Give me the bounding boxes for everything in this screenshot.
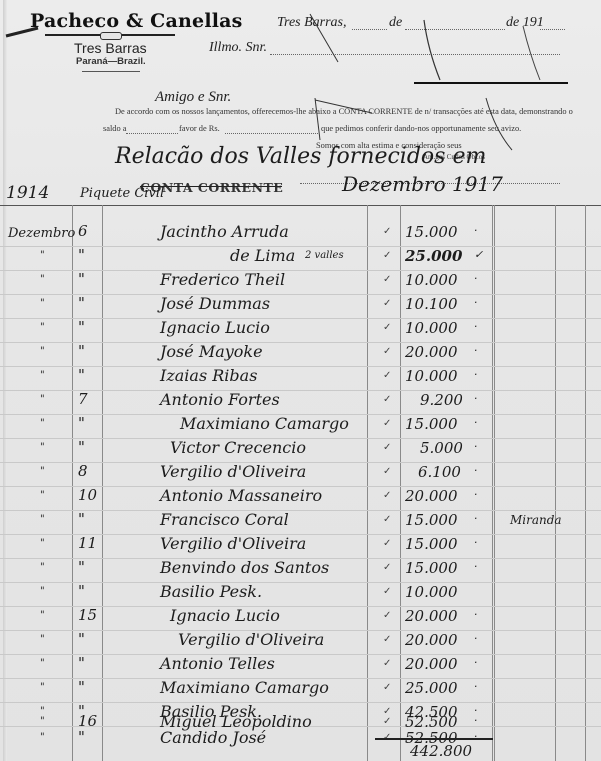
total-rule: [375, 738, 493, 740]
row-check-icon: ✓: [383, 370, 391, 381]
ledger-total: 442.800: [410, 742, 472, 760]
ledger-row: " " Francisco Coral ✓ 15.000 · Miranda: [0, 510, 601, 534]
row-day: ": [78, 510, 85, 528]
ledger-row: " " Benvindo dos Santos ✓ 15.000 ·: [0, 558, 601, 582]
row-name: Antonio Fortes: [160, 390, 280, 409]
salutation: Amigo e Snr.: [155, 89, 231, 106]
row-month: ": [40, 250, 45, 261]
row-check-icon: ✓: [383, 490, 391, 501]
ledger-row: " " Vergilio d'Oliveira ✓ 20.000 ·: [0, 630, 601, 654]
row-check-icon: ✓: [383, 634, 391, 645]
row-month: ": [40, 442, 45, 453]
row-name: Basilio Pesk.: [160, 582, 262, 601]
body-text-favor: favor de Rs.: [179, 124, 220, 133]
row-month: ": [40, 634, 45, 645]
ledger-row: " " Maximiano Camargo ✓ 25.000 ·: [0, 678, 601, 702]
row-amount: 10.000: [405, 583, 489, 601]
row-day: ": [78, 246, 85, 264]
row-day: ": [78, 342, 85, 360]
row-name: José Dummas: [160, 294, 270, 313]
row-day: ": [78, 318, 85, 336]
row-mark: ·: [474, 272, 478, 285]
row-name: Vergilio d'Oliveira: [160, 534, 306, 553]
ledger-row: " 15 Ignacio Lucio ✓ 20.000 ·: [0, 606, 601, 630]
row-name: Ignacio Lucio: [170, 606, 280, 625]
row-day: ": [78, 558, 85, 576]
ledger-row: " 10 Antonio Massaneiro ✓ 20.000 ·: [0, 486, 601, 510]
row-name: Izaias Ribas: [160, 366, 257, 385]
ledger-row: " " Victor Crecencio ✓ 5.000 ·: [0, 438, 601, 462]
row-check-icon: ✓: [383, 418, 391, 429]
row-day: ": [78, 294, 85, 312]
row-mark: ·: [474, 296, 478, 309]
row-month: ": [40, 682, 45, 693]
row-note: 2 valles: [305, 250, 344, 261]
row-amount: 6.100: [418, 463, 502, 481]
ledger-row: " 11 Vergilio d'Oliveira ✓ 15.000 ·: [0, 534, 601, 558]
row-day: 15: [78, 606, 97, 624]
row-check-icon: ✓: [383, 322, 391, 333]
row-day: 7: [78, 390, 88, 408]
handwritten-period: Dezembro 1917: [342, 172, 503, 196]
body-text-line1: De accordo com os nossos lançamentos, of…: [115, 107, 573, 116]
row-day: ": [78, 630, 85, 648]
row-month: ": [40, 322, 45, 333]
row-month: ": [40, 562, 45, 573]
row-mark: ·: [474, 608, 478, 621]
row-mark: ·: [474, 512, 478, 525]
row-mark: ·: [474, 488, 478, 501]
row-check-icon: ✓: [383, 562, 391, 573]
row-day: 6: [78, 222, 88, 240]
row-mark: ·: [474, 560, 478, 573]
row-day: 10: [78, 486, 97, 504]
row-month: ": [40, 418, 45, 429]
row-check-icon: ✓: [383, 586, 391, 597]
row-day: ": [78, 366, 85, 384]
row-day: ": [78, 728, 85, 746]
ledger-row: " " Antonio Telles ✓ 20.000 ·: [0, 654, 601, 678]
row-mark: ·: [474, 320, 478, 333]
row-check-icon: ✓: [383, 538, 391, 549]
row-month: ": [40, 610, 45, 621]
row-mark: ·: [474, 656, 478, 669]
row-name: Ignacio Lucio: [160, 318, 270, 337]
row-mark: ·: [474, 344, 478, 357]
row-mark: ·: [474, 536, 478, 549]
row-name: Maximiano Camargo: [180, 414, 349, 433]
ledger-row: " " Izaias Ribas ✓ 10.000 ·: [0, 366, 601, 390]
row-month: ": [40, 716, 45, 727]
row-month: ": [40, 274, 45, 285]
row-month: ": [40, 346, 45, 357]
row-amount: 5.000: [420, 439, 504, 457]
row-name: Francisco Coral: [160, 510, 289, 529]
body-text-line2-end: que pedimos conferir dando-nos opportuna…: [321, 124, 521, 133]
row-check-icon: ✓: [383, 514, 391, 525]
ledger-page: Pacheco & Canellas Tres Barras Paraná—Br…: [0, 0, 601, 761]
ledger-row: " " Ignacio Lucio ✓ 10.000 ·: [0, 318, 601, 342]
row-month: ": [40, 586, 45, 597]
ledger-row: Dezembro 6 Jacintho Arruda ✓ 15.000 ·: [0, 222, 601, 246]
row-name: Candido José: [160, 728, 266, 747]
row-month: ": [40, 394, 45, 405]
row-day: ": [78, 438, 85, 456]
row-day: 11: [78, 534, 97, 552]
handwritten-title: Relacão dos Valles fornecidos em: [115, 144, 486, 169]
row-name: Antonio Massaneiro: [160, 486, 322, 505]
ledger-year: 1914: [6, 183, 49, 203]
row-name: Jacintho Arruda: [160, 222, 289, 241]
row-month: ": [40, 466, 45, 477]
row-name: Victor Crecencio: [170, 438, 306, 457]
row-check-icon: ✓: [383, 394, 391, 405]
row-mark: ·: [474, 730, 478, 743]
row-check-icon: ✓: [383, 298, 391, 309]
row-mark: ·: [474, 440, 478, 453]
ledger-row: " " de Lima 2 valles ✓ 25.000 ✓: [0, 246, 601, 270]
ledger-row: " " José Mayoke ✓ 20.000 ·: [0, 342, 601, 366]
row-day: ": [78, 270, 85, 288]
row-check-icon: ✓: [383, 226, 391, 237]
row-name: Antonio Telles: [160, 654, 275, 673]
ledger-header-rule: [0, 205, 601, 206]
row-day: ": [78, 678, 85, 696]
row-mark: ✓: [474, 248, 483, 261]
row-name: José Mayoke: [160, 342, 263, 361]
row-month: ": [40, 298, 45, 309]
row-name: Frederico Theil: [160, 270, 285, 289]
row-month: Dezembro: [8, 226, 75, 241]
row-mark: ·: [474, 224, 478, 237]
row-check-icon: ✓: [383, 274, 391, 285]
row-day: 8: [78, 462, 88, 480]
amount-blank: [225, 133, 320, 134]
row-check-icon: ✓: [383, 442, 391, 453]
row-name: Benvindo dos Santos: [160, 558, 329, 577]
row-name: Vergilio d'Oliveira: [178, 630, 324, 649]
pen-strokes-icon: [0, 0, 601, 200]
ledger-annotation: Piquete Civil: [80, 186, 164, 201]
row-month: ": [40, 490, 45, 501]
row-mark: ·: [474, 464, 478, 477]
ledger-row: " 8 Vergilio d'Oliveira ✓ 6.100 ·: [0, 462, 601, 486]
row-day: ": [78, 582, 85, 600]
row-month: ": [40, 732, 45, 743]
ledger-row: " " Frederico Theil ✓ 10.000 ·: [0, 270, 601, 294]
row-month: ": [40, 538, 45, 549]
row-check-icon: ✓: [383, 658, 391, 669]
row-day: ": [78, 414, 85, 432]
row-name: de Lima: [230, 246, 295, 265]
row-mark: ·: [474, 632, 478, 645]
ledger-row: " " José Dummas ✓ 10.100 ·: [0, 294, 601, 318]
ledger-row: " " Basilio Pesk. ✓ 10.000: [0, 582, 601, 606]
row-remark: Miranda: [510, 513, 562, 527]
ledger-row: " " Maximiano Camargo ✓ 15.000 ·: [0, 414, 601, 438]
row-mark: ·: [474, 416, 478, 429]
row-amount: 9.200: [420, 391, 504, 409]
row-month: ": [40, 370, 45, 381]
row-month: ": [40, 658, 45, 669]
row-check-icon: ✓: [383, 716, 391, 727]
saldo-blank: [126, 133, 178, 134]
row-name: Vergilio d'Oliveira: [160, 462, 306, 481]
row-mark: ·: [474, 368, 478, 381]
ledger-row: " " Candido José ✓ 52.500 ·: [0, 728, 601, 752]
row-check-icon: ✓: [383, 682, 391, 693]
row-check-icon: ✓: [383, 346, 391, 357]
body-text-saldo: saldo a: [103, 124, 127, 133]
row-mark: ·: [474, 714, 478, 727]
row-check-icon: ✓: [383, 250, 391, 261]
row-check-icon: ✓: [383, 466, 391, 477]
ledger-row: " 7 Antonio Fortes ✓ 9.200 ·: [0, 390, 601, 414]
row-check-icon: ✓: [383, 610, 391, 621]
row-name: Maximiano Camargo: [160, 678, 329, 697]
row-day: ": [78, 654, 85, 672]
row-mark: ·: [474, 680, 478, 693]
row-month: ": [40, 514, 45, 525]
row-mark: ·: [474, 392, 478, 405]
